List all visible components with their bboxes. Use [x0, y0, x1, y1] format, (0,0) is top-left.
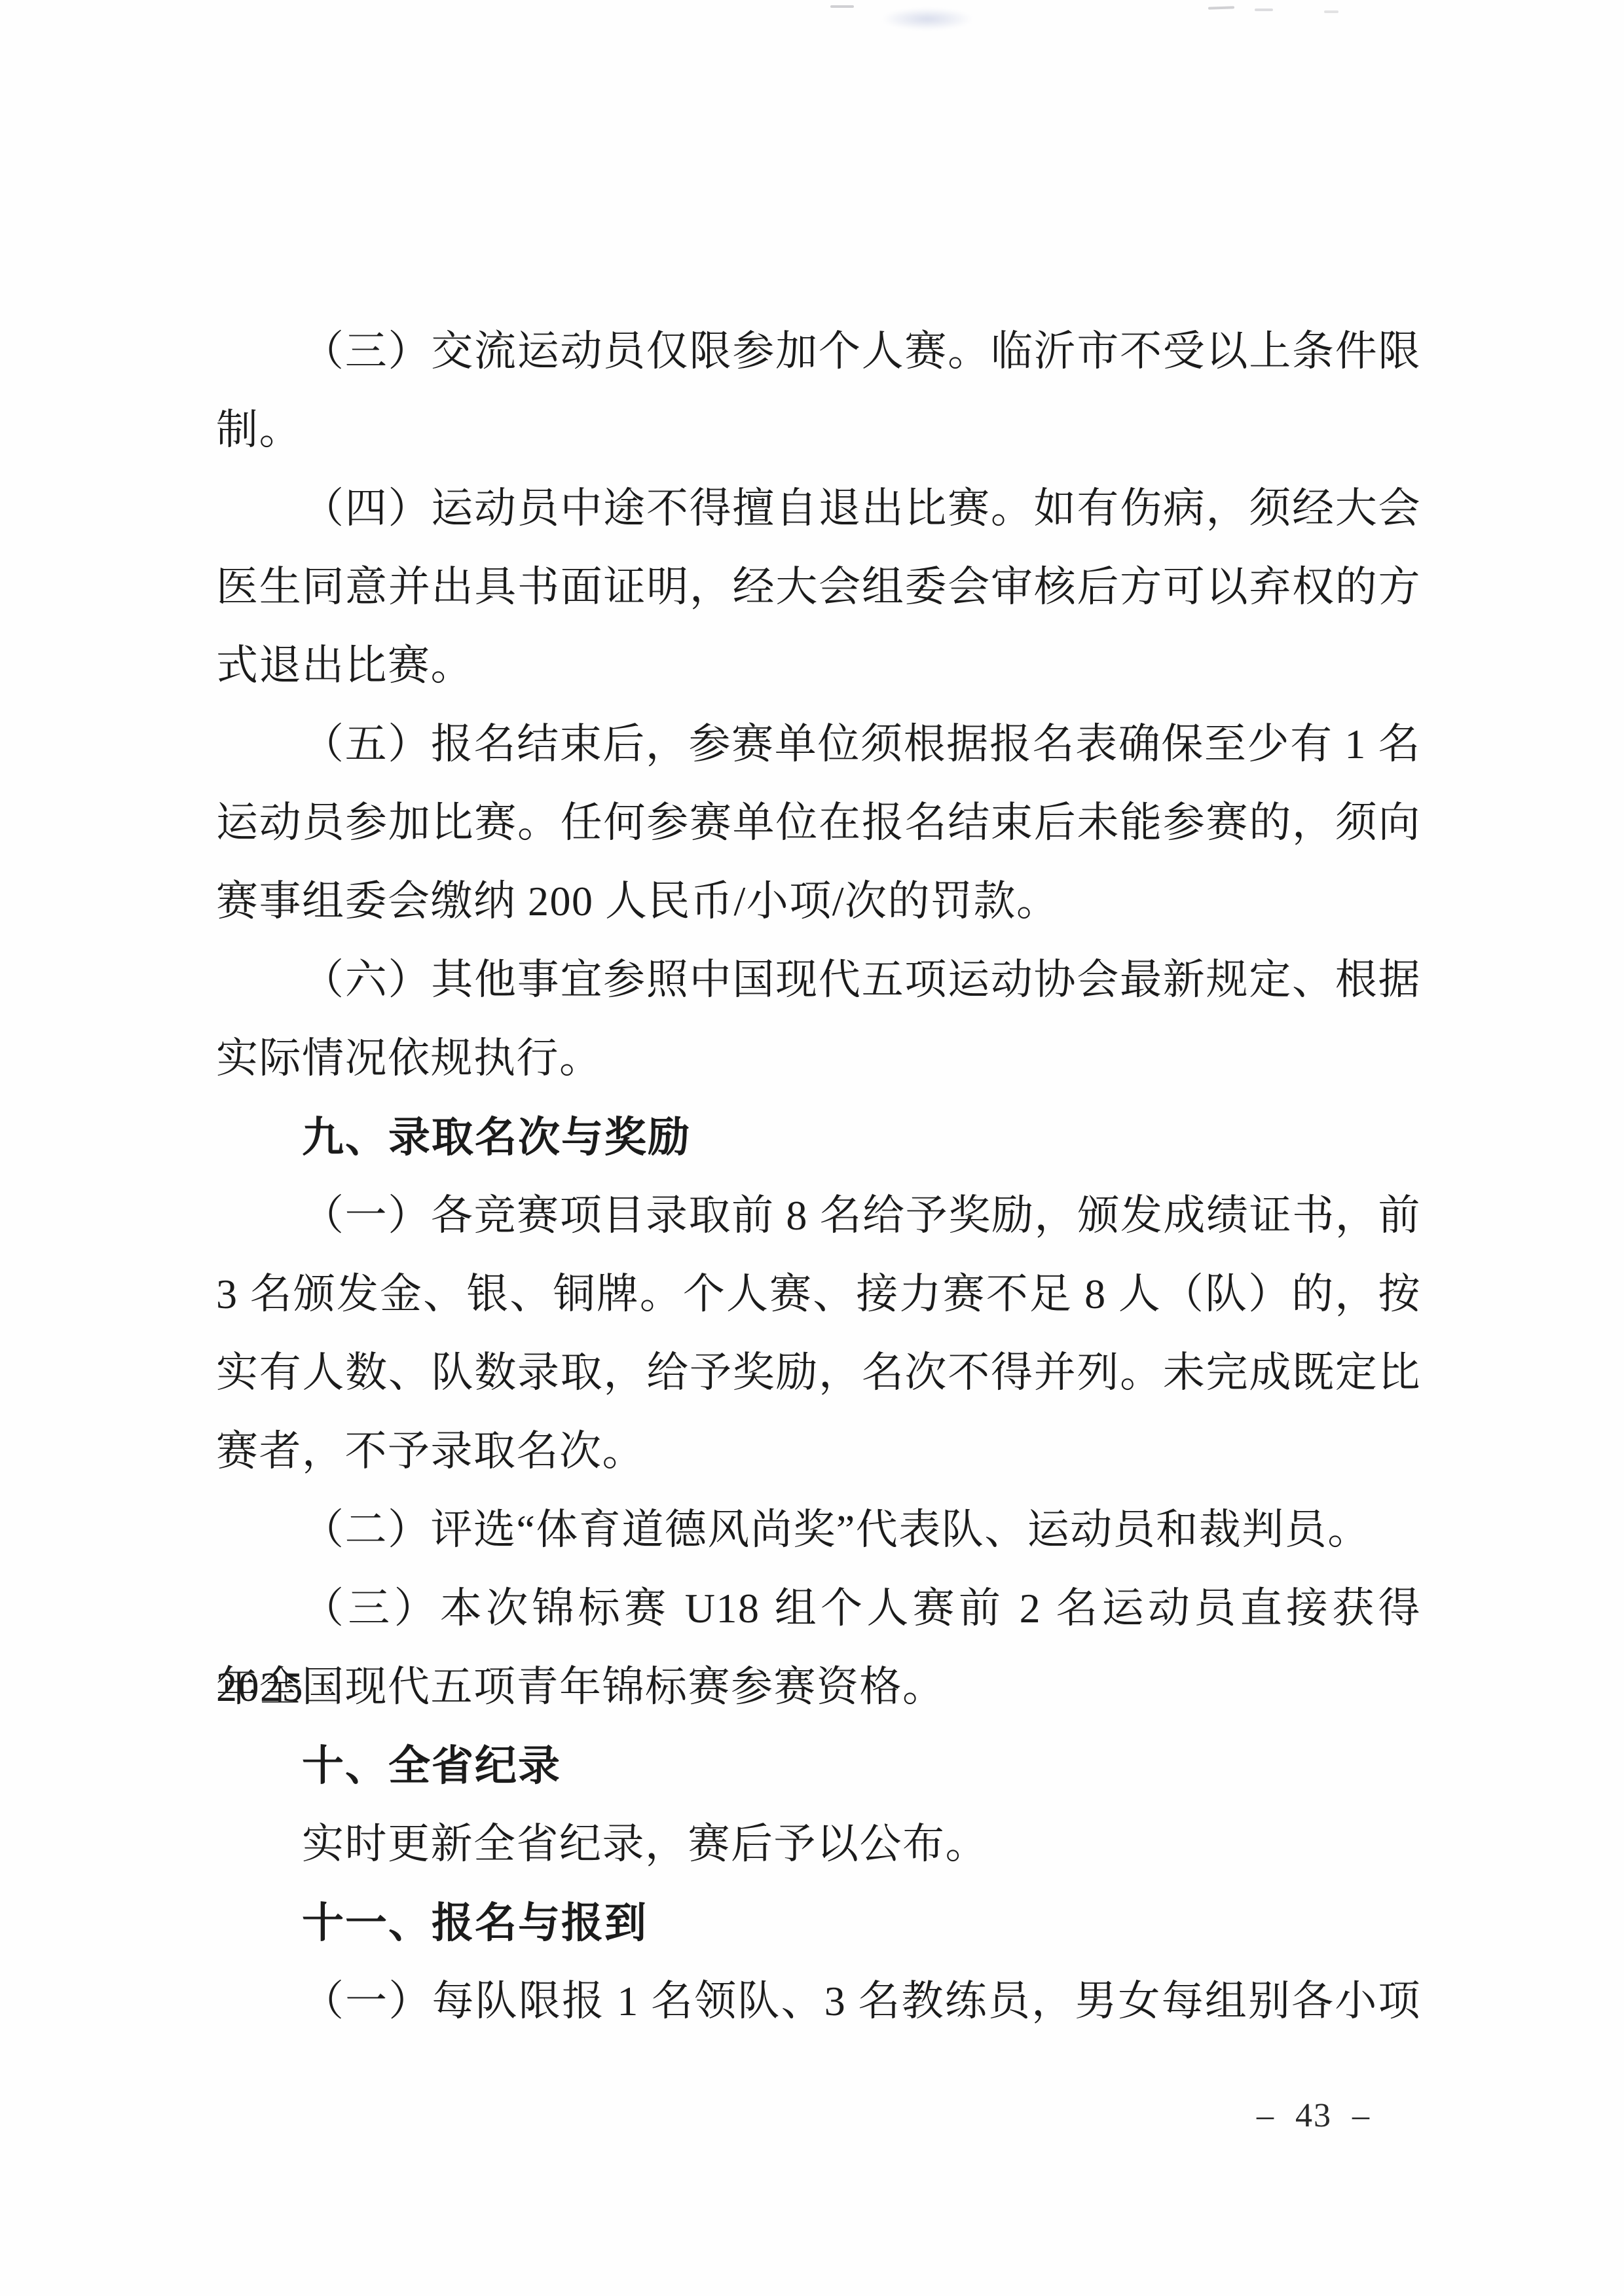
document-text-line: 实时更新全省纪录，赛后予以公布。: [216, 1805, 1421, 1884]
document-text-line: （六）其他事宜参照中国现代五项运动协会最新规定、根据: [216, 941, 1421, 1019]
section-heading-9: 九、录取名次与奖励: [216, 1098, 1421, 1176]
document-text-line: （三）交流运动员仅限参加个人赛。临沂市不受以上条件限: [216, 312, 1421, 391]
document-text-line: （一）每队限报 1 名领队、3 名教练员，男女每组别各小项: [216, 1962, 1421, 2041]
scan-artifact-streak: [830, 5, 854, 8]
document-text-line: 3 名颁发金、银、铜牌。个人赛、接力赛不足 8 人（队）的，按: [216, 1255, 1421, 1334]
document-body: （三）交流运动员仅限参加个人赛。临沂市不受以上条件限 制。 （四）运动员中途不得…: [216, 312, 1421, 2041]
scan-artifact-streak: [1255, 9, 1273, 11]
scan-artifact-streak: [1208, 6, 1234, 9]
scan-artifact-streak: [1324, 10, 1338, 13]
scan-artifact-smudge: [881, 8, 973, 30]
document-text-line: 实有人数、队数录取，给予奖励，名次不得并列。未完成既定比: [216, 1334, 1421, 1412]
document-text-line: 医生同意并出具书面证明，经大会组委会审核后方可以弃权的方: [216, 548, 1421, 627]
section-heading-10: 十、全省纪录: [216, 1726, 1421, 1805]
section-heading-11: 十一、报名与报到: [216, 1884, 1421, 1962]
document-text-line: 赛者，不予录取名次。: [216, 1412, 1421, 1491]
document-text-line: 式退出比赛。: [216, 627, 1421, 705]
document-text-line: 实际情况依规执行。: [216, 1019, 1421, 1098]
document-page: （三）交流运动员仅限参加个人赛。临沂市不受以上条件限 制。 （四）运动员中途不得…: [0, 0, 1624, 2296]
page-number: – 43 –: [1257, 2096, 1371, 2136]
document-text-line: （四）运动员中途不得擅自退出比赛。如有伤病，须经大会: [216, 469, 1421, 548]
document-text-line: （二）评选“体育道德风尚奖”代表队、运动员和裁判员。: [216, 1491, 1421, 1569]
document-text-line: （一）各竞赛项目录取前 8 名给予奖励，颁发成绩证书，前: [216, 1176, 1421, 1255]
document-text-line: （五）报名结束后，参赛单位须根据报名表确保至少有 1 名: [216, 705, 1421, 784]
document-text-line: （三）本次锦标赛 U18 组个人赛前 2 名运动员直接获得 2025: [216, 1569, 1421, 1648]
document-text-line: 赛事组委会缴纳 200 人民币/小项/次的罚款。: [216, 862, 1421, 941]
document-text-line: 制。: [216, 391, 1421, 469]
document-text-line: 年全国现代五项青年锦标赛参赛资格。: [216, 1648, 1421, 1726]
document-text-line: 运动员参加比赛。任何参赛单位在报名结束后未能参赛的，须向: [216, 784, 1421, 862]
